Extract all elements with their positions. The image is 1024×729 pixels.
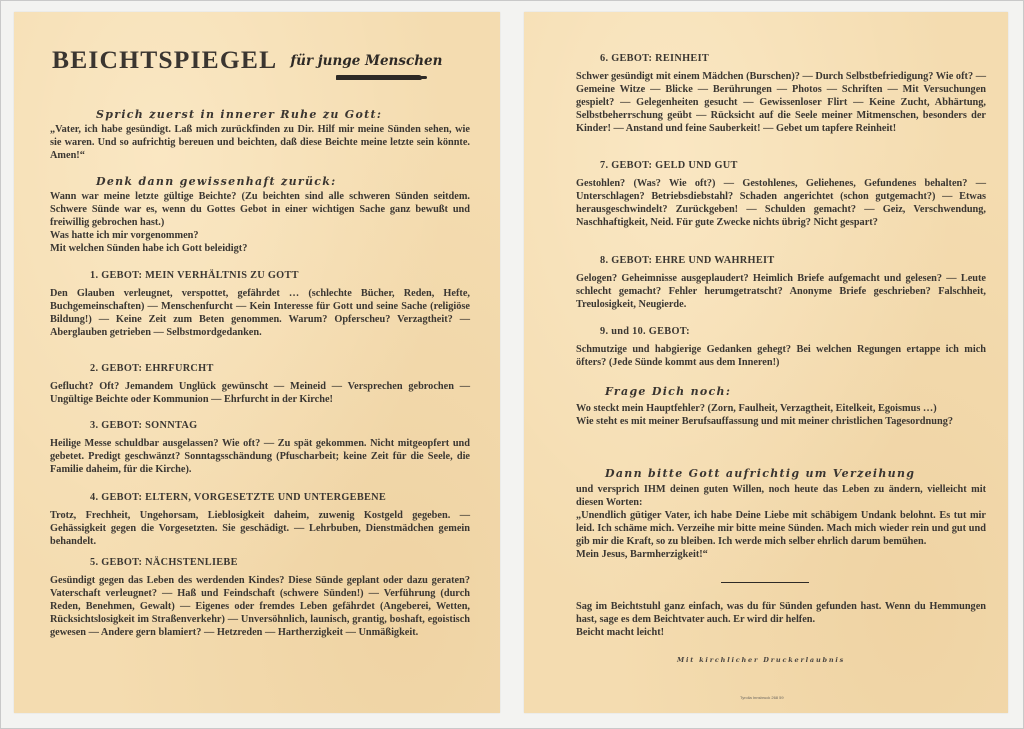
commandment-2-text: Geflucht? Oft? Jemandem Unglück gewünsch…: [50, 380, 470, 406]
printer-imprint: Tyrolia Innsbruck 268 59: [740, 695, 784, 700]
intro-reflect-line1: Wann war meine letzte gültige Beichte? (…: [50, 190, 470, 229]
verzeihung-text: und versprich IHM deinen guten Willen, n…: [576, 483, 986, 561]
commandment-4-text: Trotz, Frechheit, Ungehorsam, Lieblosigk…: [50, 509, 470, 548]
brush-stroke-underline: [336, 75, 422, 80]
commandment-8-heading: 8. GEBOT: EHRE UND WAHRHEIT: [600, 255, 775, 266]
document-subtitle: für junge Menschen: [290, 53, 442, 69]
frage-heading: Frage Dich noch:: [605, 385, 731, 398]
right-page: 6. GEBOT: REINHEIT Schwer gesündigt mit …: [524, 12, 1008, 713]
left-page: BEICHTSPIEGEL für junge Menschen Sprich …: [14, 12, 500, 713]
frage-text: Wo steckt mein Hauptfehler? (Zorn, Faulh…: [576, 402, 986, 428]
divider-rule: [721, 582, 809, 583]
intro-prayer-text: „Vater, ich habe gesündigt. Laß mich zur…: [50, 123, 470, 162]
imprimatur-note: Mit kirchlicher Druckerlaubnis: [677, 656, 845, 664]
commandment-2-heading: 2. GEBOT: EHRFURCHT: [90, 363, 214, 374]
commandment-4-heading: 4. GEBOT: ELTERN, VORGESETZTE UND UNTERG…: [90, 492, 386, 503]
commandment-9-10-heading: 9. und 10. GEBOT:: [600, 326, 690, 337]
prayer-text: „Unendlich gütiger Vater, ich habe Deine…: [576, 509, 986, 548]
commandment-3-heading: 3. GEBOT: SONNTAG: [90, 420, 197, 431]
closing-line1: Sag im Beichtstuhl ganz einfach, was du …: [576, 600, 986, 626]
commandment-5-heading: 5. GEBOT: NÄCHSTENLIEBE: [90, 557, 238, 568]
title-row: BEICHTSPIEGEL für junge Menschen: [52, 45, 442, 75]
commandment-9-10-text: Schmutzige und habgierige Gedanken geheg…: [576, 343, 986, 369]
prayer-close: Mein Jesus, Barmherzigkeit!“: [576, 548, 986, 561]
intro-heading-reflect: Denk dann gewissenhaft zurück:: [96, 175, 337, 188]
commandment-3-text: Heilige Messe schuldbar ausgelassen? Wie…: [50, 437, 470, 476]
intro-reflect-line3: Mit welchen Sünden habe ich Gott beleidi…: [50, 242, 470, 255]
commandment-1-heading: 1. GEBOT: MEIN VERHÄLTNIS ZU GOTT: [90, 270, 299, 281]
commandment-8-text: Gelogen? Geheimnisse ausgeplaudert? Heim…: [576, 272, 986, 311]
commandment-6-text: Schwer gesündigt mit einem Mädchen (Burs…: [576, 70, 986, 135]
commandment-5-text: Gesündigt gegen das Leben des werdenden …: [50, 574, 470, 639]
intro-heading-pray: Sprich zuerst in innerer Ruhe zu Gott:: [96, 108, 382, 121]
commandment-6-heading: 6. GEBOT: REINHEIT: [600, 53, 709, 64]
verzeihung-heading: Dann bitte Gott aufrichtig um Verzeihung: [605, 467, 915, 480]
verzeihung-intro: und versprich IHM deinen guten Willen, n…: [576, 483, 986, 509]
frage-line2: Wie steht es mit meiner Berufsauffassung…: [576, 415, 986, 428]
closing-text: Sag im Beichtstuhl ganz einfach, was du …: [576, 600, 986, 639]
commandment-7-text: Gestohlen? (Was? Wie oft?) — Gestohlenes…: [576, 177, 986, 229]
closing-line2: Beicht macht leicht!: [576, 626, 986, 639]
commandment-1-text: Den Glauben verleugnet, verspottet, gefä…: [50, 287, 470, 339]
frage-line1: Wo steckt mein Hauptfehler? (Zorn, Faulh…: [576, 402, 986, 415]
intro-reflect-line2: Was hatte ich mir vorgenommen?: [50, 229, 470, 242]
intro-reflect-text: Wann war meine letzte gültige Beichte? (…: [50, 190, 470, 255]
document-title: BEICHTSPIEGEL: [52, 45, 277, 75]
commandment-7-heading: 7. GEBOT: GELD UND GUT: [600, 160, 738, 171]
